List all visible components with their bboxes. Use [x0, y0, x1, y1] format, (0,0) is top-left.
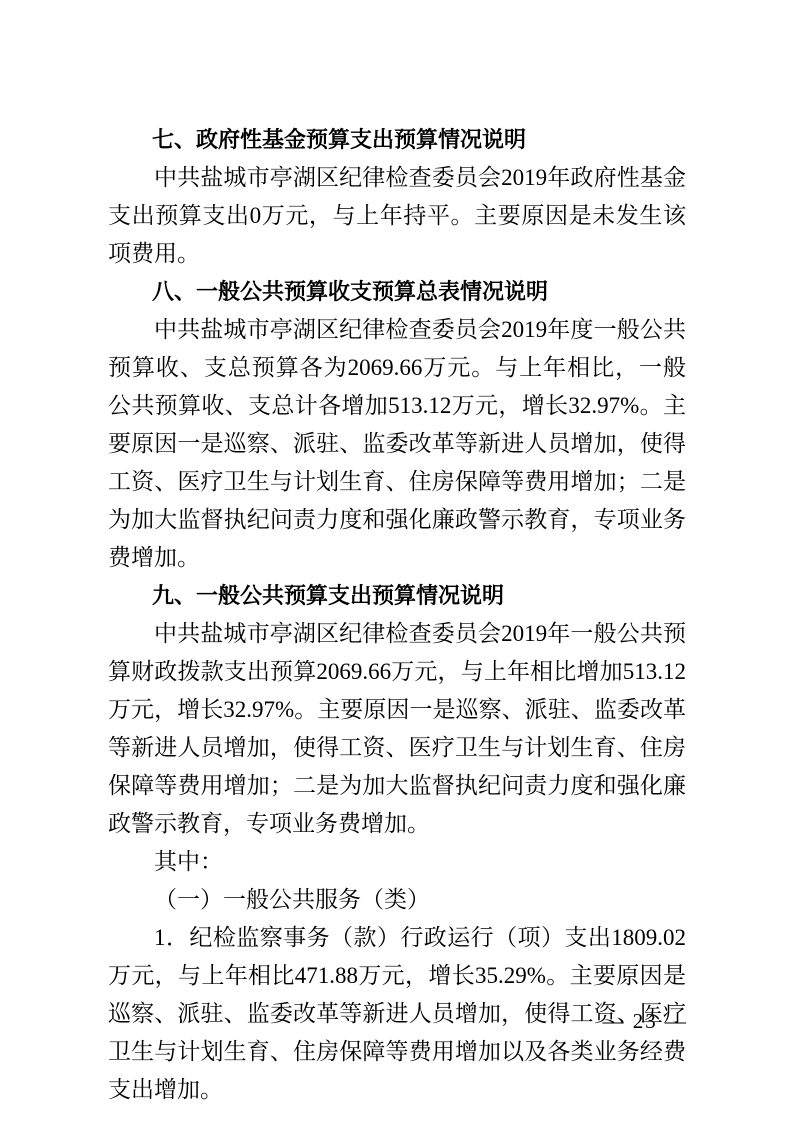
document-body: 七、政府性基金预算支出预算情况说明 中共盐城市亭湖区纪律检查委员会2019年政府…	[108, 121, 686, 1109]
section-9-item-1-paragraph: 1．纪检监察事务（款）行政运行（项）支出1809.02万元，与上年相比471.8…	[108, 919, 686, 1109]
section-9-heading: 九、一般公共预算支出预算情况说明	[108, 577, 686, 615]
section-7-paragraph: 中共盐城市亭湖区纪律检查委员会2019年政府性基金支出预算支出0万元，与上年持平…	[108, 159, 686, 273]
page-number: — 23 —	[603, 1006, 689, 1036]
section-8-heading: 八、一般公共预算收支预算总表情况说明	[108, 273, 686, 311]
section-9-paragraph: 中共盐城市亭湖区纪律检查委员会2019年一般公共预算财政拨款支出预算2069.6…	[108, 615, 686, 843]
section-9-subhead-among-which: 其中：	[108, 843, 686, 881]
document-page: 七、政府性基金预算支出预算情况说明 中共盐城市亭湖区纪律检查委员会2019年政府…	[0, 0, 794, 1123]
section-9-category-1-heading: （一）一般公共服务（类）	[108, 881, 686, 919]
section-8-paragraph: 中共盐城市亭湖区纪律检查委员会2019年度一般公共预算收、支总预算各为2069.…	[108, 311, 686, 577]
section-7-heading: 七、政府性基金预算支出预算情况说明	[108, 121, 686, 159]
